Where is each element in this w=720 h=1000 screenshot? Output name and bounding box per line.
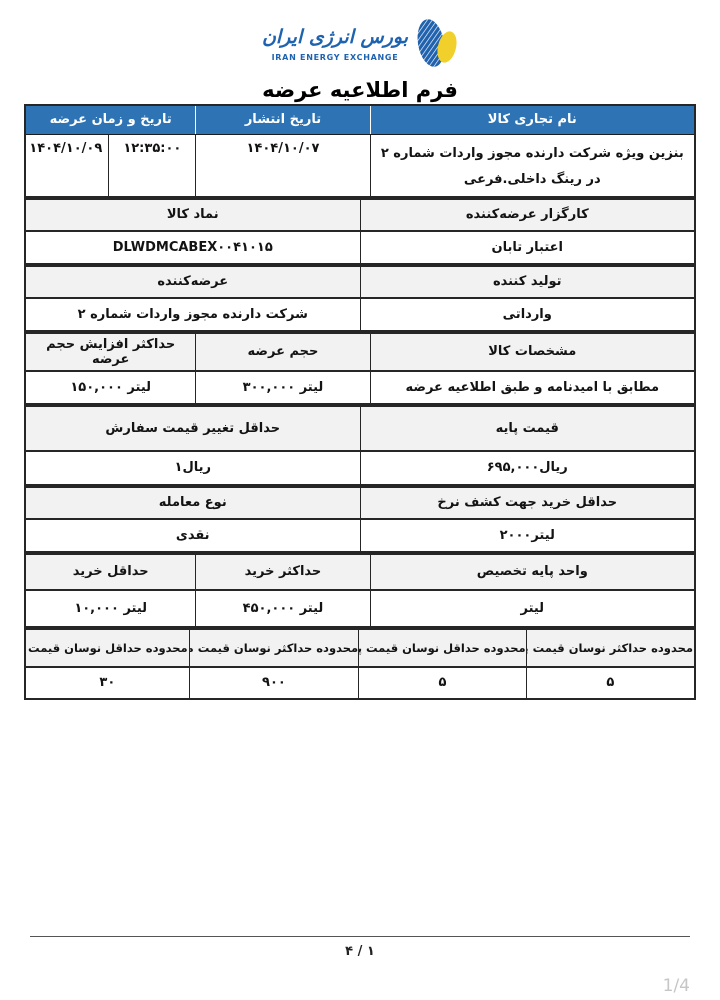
t7-header-min-buy: حداقل خرید <box>25 554 196 590</box>
t7-cell-base-unit: لیتر <box>370 590 695 627</box>
table-specs-volume: مشخصات کالا حجم عرضه حداکثر افزایش حجم ع… <box>24 332 696 405</box>
t7-cell-min-buy: لیتر ۱۰,۰۰۰ <box>25 590 196 627</box>
table-row: اعتبار تابان DLWDMCABEX۰۰۴۱۰۱۵ <box>25 231 695 264</box>
table-allocation-limits: واحد پایه تخصیص حداکثر خرید حداقل خرید ل… <box>24 553 696 628</box>
footer-divider <box>30 936 690 937</box>
t5-cell-base-price: ریال۶۹۵,۰۰۰ <box>360 451 695 485</box>
table-header-row: محدوده حداکثر نوسان قیمت پایه محدوده حدا… <box>25 629 695 667</box>
t6-header-min-discovery: حداقل خرید جهت کشف نرخ <box>360 487 695 519</box>
table-header-row: کارگزار عرضه‌کننده نماد کالا <box>25 199 695 231</box>
table-discovery-type: حداقل خرید جهت کشف نرخ نوع معامله لیتر۲۰… <box>24 486 696 553</box>
t3-cell-supplier: شرکت دارنده مجوز واردات شماره ۲ <box>25 298 360 331</box>
t4-header-max-increase: حداکثر افزایش حجم عرضه <box>25 333 196 371</box>
t7-header-base-unit: واحد پایه تخصیص <box>370 554 695 590</box>
t8-header-min-base-range: محدوده حداقل نوسان قیمت پایه <box>359 629 527 667</box>
table-row: لیتر لیتر ۴۵۰,۰۰۰ لیتر ۱۰,۰۰۰ <box>25 590 695 627</box>
t1-header-supply-datetime: تاریخ و زمان عرضه <box>25 105 196 134</box>
iranex-logo-icon <box>414 14 458 72</box>
t3-header-supplier: عرضه‌کننده <box>25 266 360 298</box>
page-number: ۱ / ۴ <box>0 944 720 959</box>
t1-cell-publish-date: ۱۴۰۴/۱۰/۰۷ <box>196 134 370 197</box>
table-header-row: قیمت پایه حداقل تغییر قیمت سفارش <box>25 406 695 451</box>
t8-cell-min-base-range: ۵ <box>359 667 527 699</box>
table-row: بنزین ویژه شرکت دارنده مجوز واردات شماره… <box>25 134 695 197</box>
t1-cell-supply-date: ۱۴۰۴/۱۰/۰۹ <box>25 134 109 197</box>
table-header-row: مشخصات کالا حجم عرضه حداکثر افزایش حجم ع… <box>25 333 695 371</box>
table-row: ریال۶۹۵,۰۰۰ ریال۱ <box>25 451 695 485</box>
t8-cell-max-base-range: ۵ <box>526 667 695 699</box>
table-row: لیتر۲۰۰۰ نقدی <box>25 519 695 552</box>
t4-header-specs: مشخصات کالا <box>370 333 695 371</box>
t7-cell-max-buy: لیتر ۴۵۰,۰۰۰ <box>196 590 370 627</box>
table-row: مطابق با امیدنامه و طبق اطلاعیه عرضه لیت… <box>25 371 695 404</box>
t3-cell-producer: وارداتی <box>360 298 695 331</box>
table-header-row: نام تجاری کالا تاریخ انتشار تاریخ و زمان… <box>25 105 695 134</box>
t7-header-max-buy: حداکثر خرید <box>196 554 370 590</box>
t4-cell-specs: مطابق با امیدنامه و طبق اطلاعیه عرضه <box>370 371 695 404</box>
table-base-price: قیمت پایه حداقل تغییر قیمت سفارش ریال۶۹۵… <box>24 405 696 486</box>
table-commodity-dates: نام تجاری کالا تاریخ انتشار تاریخ و زمان… <box>24 104 696 198</box>
logo-persian-name: بورس انرژی ایران <box>262 24 408 50</box>
t8-header-max-base-range: محدوده حداکثر نوسان قیمت پایه <box>526 629 695 667</box>
t8-header-min-allowed-range: محدوده حداقل نوسان قیمت مجاز <box>25 629 189 667</box>
t1-cell-trade-name: بنزین ویژه شرکت دارنده مجوز واردات شماره… <box>370 134 695 197</box>
t4-cell-volume: لیتر ۳۰۰,۰۰۰ <box>196 371 370 404</box>
supply-announcement-document: بورس انرژی ایران IRAN ENERGY EXCHANGE فر… <box>0 0 720 1000</box>
table-header-row: واحد پایه تخصیص حداکثر خرید حداقل خرید <box>25 554 695 590</box>
t8-cell-min-allowed-range: ۳۰ <box>25 667 189 699</box>
t4-header-volume: حجم عرضه <box>196 333 370 371</box>
t1-cell-supply-time: ۱۲:۳۵:۰۰ <box>109 134 196 197</box>
t1-header-publish-date: تاریخ انتشار <box>196 105 370 134</box>
table-header-row: تولید کننده عرضه‌کننده <box>25 266 695 298</box>
t5-header-tick: حداقل تغییر قیمت سفارش <box>25 406 360 451</box>
t5-header-base-price: قیمت پایه <box>360 406 695 451</box>
table-broker-symbol: کارگزار عرضه‌کننده نماد کالا اعتبار تابا… <box>24 198 696 265</box>
t8-cell-max-allowed-range: ۹۰۰ <box>189 667 359 699</box>
t6-header-trade-type: نوع معامله <box>25 487 360 519</box>
t1-header-trade-name: نام تجاری کالا <box>370 105 695 134</box>
t2-header-broker: کارگزار عرضه‌کننده <box>360 199 695 231</box>
t6-cell-trade-type: نقدی <box>25 519 360 552</box>
t2-header-symbol: نماد کالا <box>25 199 360 231</box>
table-row: وارداتی شرکت دارنده مجوز واردات شماره ۲ <box>25 298 695 331</box>
t8-header-max-allowed-range: محدوده حداکثر نوسان قیمت مجاز <box>189 629 359 667</box>
t5-cell-tick: ریال۱ <box>25 451 360 485</box>
iranex-logo: بورس انرژی ایران IRAN ENERGY EXCHANGE <box>0 12 720 74</box>
viewer-page-indicator: 1/4 <box>663 976 690 996</box>
logo-text-block: بورس انرژی ایران IRAN ENERGY EXCHANGE <box>262 24 408 62</box>
t2-cell-symbol: DLWDMCABEX۰۰۴۱۰۱۵ <box>25 231 360 264</box>
t4-cell-max-increase: لیتر ۱۵۰,۰۰۰ <box>25 371 196 404</box>
table-producer-supplier: تولید کننده عرضه‌کننده وارداتی شرکت دارن… <box>24 265 696 332</box>
t2-cell-broker: اعتبار تابان <box>360 231 695 264</box>
page-title: فرم اطلاعیه عرضه <box>0 76 720 104</box>
table-fluctuation-ranges: محدوده حداکثر نوسان قیمت پایه محدوده حدا… <box>24 628 696 700</box>
logo-english-name: IRAN ENERGY EXCHANGE <box>272 53 399 62</box>
t3-header-producer: تولید کننده <box>360 266 695 298</box>
table-row: ۵ ۵ ۹۰۰ ۳۰ <box>25 667 695 699</box>
t6-cell-min-discovery: لیتر۲۰۰۰ <box>360 519 695 552</box>
table-header-row: حداقل خرید جهت کشف نرخ نوع معامله <box>25 487 695 519</box>
